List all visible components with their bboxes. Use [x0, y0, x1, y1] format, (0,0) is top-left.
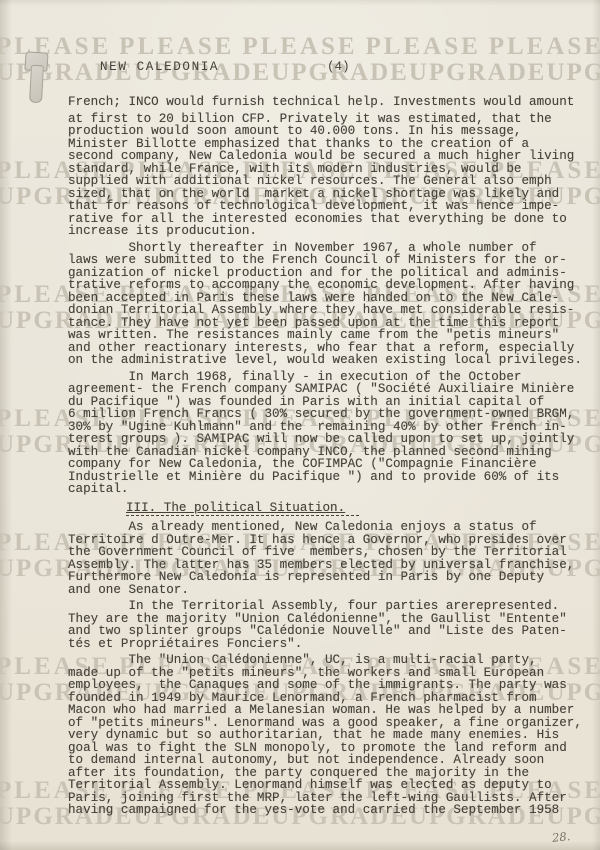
text-line: French; INCO would furnish technical hel… — [68, 96, 583, 109]
text-line: Industrielle et Minière du Pacifique ") … — [68, 471, 583, 484]
watermark-word: UPGRADE — [409, 59, 547, 87]
text-line: Furthermore New Caledonia is represented… — [68, 571, 583, 584]
paragraph: In the Territorial Assembly, four partie… — [68, 600, 583, 650]
handwritten-page-number: 28. — [551, 829, 571, 845]
text-line: and two splinter groups "Calédonie Nouve… — [68, 625, 583, 638]
watermark-row: UPGRADEUPGRADEUPGRADEUPGRADEUPGRADE — [0, 59, 600, 87]
text-line: the Government Council of five members, … — [68, 546, 583, 559]
text-line: trative reforms to accompany the economi… — [68, 279, 583, 292]
text-line: Territorial Assembly. Lenormand himself … — [68, 779, 583, 792]
text-line: laws were submitted to the French Counci… — [68, 254, 583, 267]
document-body: French; INCO would furnish technical hel… — [68, 96, 583, 821]
page-number: (4) — [327, 60, 350, 74]
staple-mark — [25, 52, 47, 102]
text-line: was written. The resistances mainly came… — [68, 329, 583, 342]
paragraph: Shortly thereafter in November 1967, a w… — [68, 242, 583, 367]
text-line: production would soon amount to 40.000 t… — [68, 125, 583, 138]
paragraph: In March 1968, finally - in execution of… — [68, 371, 583, 496]
watermark-word: PLEASE — [366, 33, 481, 61]
page-title: NEW CALEDONIA — [100, 60, 219, 74]
watermark-word: PLEASE — [119, 33, 234, 61]
scanned-page: PLEASEPLEASEPLEASEPLEASEPLEASEUPGRADEUPG… — [0, 0, 600, 850]
text-line: Macon who had married a Melanesian woman… — [68, 704, 583, 717]
watermark-word: PLEASE — [242, 33, 357, 61]
text-line: The "Union Calédonienne", UC, is a multi… — [68, 654, 583, 667]
paragraph: As already mentioned, New Caledonia enjo… — [68, 521, 583, 596]
text-line: on the administrative level, would weake… — [68, 354, 583, 367]
section-heading: III. The political Situation. — [68, 502, 583, 517]
staple-mark-stem — [29, 65, 44, 104]
text-line: second company, New Caledonia would be s… — [68, 150, 583, 163]
text-line: tés et Propriétaires Fonciers". — [68, 638, 583, 651]
text-line: and one Senator. — [68, 584, 583, 597]
text-line: 6 million French Francs ( 30% secured by… — [68, 408, 583, 421]
text-line: increase its producution. — [68, 225, 583, 238]
text-line: having campaigned for the yes-vote and c… — [68, 804, 583, 817]
text-line: donian Territorial Assembly where they h… — [68, 304, 583, 317]
text-line: to demand internal autonomy, but not ind… — [68, 754, 583, 767]
watermark-word: PLEASE — [489, 33, 600, 61]
text-line: capital. — [68, 483, 583, 496]
text-line: supplied with additional nickel resource… — [68, 175, 583, 188]
text-line: employees, the Canaques and some of the … — [68, 679, 583, 692]
text-line: terest groups ). SAMIPAC will now be cal… — [68, 433, 583, 446]
paragraph: at first to 20 billion CFP. Privately it… — [68, 113, 583, 238]
text-line: In the Territorial Assembly, four partie… — [68, 600, 583, 613]
section-heading-text: III. The political Situation. — [126, 502, 359, 517]
text-line: As already mentioned, New Caledonia enjo… — [68, 521, 583, 534]
paragraph: French; INCO would furnish technical hel… — [68, 96, 583, 109]
text-line: that for reasons of technological develo… — [68, 200, 583, 213]
paragraph: The "Union Calédonienne", UC, is a multi… — [68, 654, 583, 817]
text-line: company for New Caledonia, the COFIMPAC … — [68, 458, 583, 471]
text-line: very dynamic but so authoritarian, that … — [68, 729, 583, 742]
watermark-row: PLEASEPLEASEPLEASEPLEASEPLEASE — [0, 33, 600, 61]
watermark-word: PLEASE — [0, 33, 111, 61]
text-line: agreement- the French company SAMIPAC ( … — [68, 383, 583, 396]
watermark-word: UPGRADE — [546, 59, 600, 87]
